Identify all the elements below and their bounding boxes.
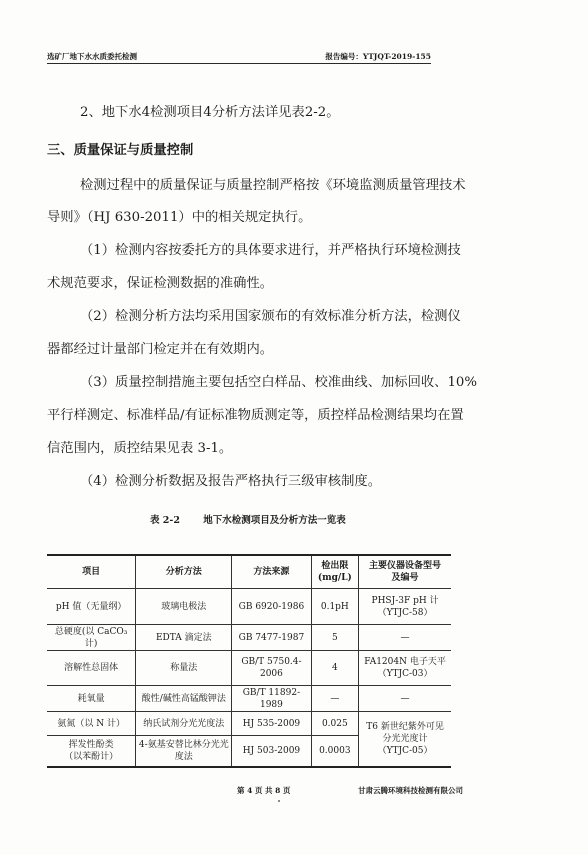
footer-page-number: 第 4 页 共 8 页 [237,785,291,796]
table-row: 溶解性总固体 称量法 GB/T 5750.4-2006 4 FA1204N 电子… [47,651,451,686]
paragraph-qa-line2: 导则》（HJ 630-2011）中的相关规定执行。 [47,210,467,226]
item3-line2: 平行样测定、标准样品/有证标准物质测定等，质控样品检测结果均在置 [47,408,467,424]
header-report-number: 报告编号：YTJQT-2019-155 [325,51,431,62]
cell-source: GB/T 5750.4-2006 [232,651,311,686]
cell-item: 总硬度(以 CaCO₃计) [47,625,136,651]
limit-header-line1: 检出限 [314,560,357,572]
scan-speck [278,800,280,802]
methods-table: 项目 分析方法 方法来源 检出限 (mg/L) 主要仪器设备型号 及编号 pH … [47,554,451,768]
cell-limit: 0.0003 [311,736,359,768]
cell-source: GB 6920-1986 [232,589,311,625]
col-header-source: 方法来源 [232,555,311,589]
header-project-title: 选矿厂地下水水质委托检测 [47,51,137,62]
cell-instrument: FA1204N 电子天平 （YTJC-03） [359,651,451,686]
cell-limit: 0.1pH [311,589,359,625]
cell-item: 耗氧量 [47,686,136,712]
table-caption-number: 表 2-2 [150,515,180,526]
method-line1: 4-氨基安替比林分光光 [138,739,229,751]
instrument-line1: FA1204N 电子天平 [361,656,449,668]
table-header-row: 项目 分析方法 方法来源 检出限 (mg/L) 主要仪器设备型号 及编号 [47,555,451,589]
instrument-header-line1: 主要仪器设备型号 [361,560,449,572]
cell-limit: 5 [311,625,359,651]
cell-method: EDTA 滴定法 [136,625,232,651]
table-row: pH 值（无量纲） 玻璃电极法 GB 6920-1986 0.1pH PHSJ-… [47,589,451,625]
item3-line3: 信范围内，质控结果见表 3-1。 [47,441,467,457]
instrument-header-line2: 及编号 [361,572,449,584]
item3-line1: （3）质量控制措施主要包括空白样品、校准曲线、加标回收、10% [80,375,500,391]
item4-line1: （4）检测分析数据及报告严格执行三级审核制度。 [80,474,500,490]
col-header-limit: 检出限 (mg/L) [311,555,359,589]
item2-line2: 器都经过计量部门检定并在有效期内。 [47,342,467,358]
cell-source: GB 7477-1987 [232,625,311,651]
cell-limit: — [311,686,359,712]
cell-item: 挥发性酚类 （以苯酚计） [47,736,136,768]
footer-company: 甘肃云腾环境科技检测有限公司 [358,785,463,796]
item2-line1: （2）检测分析方法均采用国家颁布的有效标准分析方法，检测仪 [80,309,500,325]
cell-source: HJ 503-2009 [232,736,311,768]
cell-instrument: PHSJ-3F pH 计 （YTJC-58） [359,589,451,625]
col-header-method: 分析方法 [136,555,232,589]
table-row: 氨氮（以 N 计） 纳氏试剂分光光度法 HJ 535-2009 0.025 T6… [47,712,451,736]
instrument-line1: PHSJ-3F pH 计 [361,595,449,607]
table-caption: 表 2-2 地下水检测项目及分析方法一览表 [150,512,346,526]
method-line2: 度法 [138,751,229,763]
col-header-instrument: 主要仪器设备型号 及编号 [359,555,451,589]
cell-instrument: — [359,625,451,651]
item-line1: 挥发性酚类 [49,739,133,751]
section-heading-qa: 三、质量保证与质量控制 [47,143,467,159]
cell-method: 纳氏试剂分光光度法 [136,712,232,736]
cell-source: GB/T 11892-1989 [232,686,311,712]
cell-method: 玻璃电极法 [136,589,232,625]
instrument-line2: （YTJC-03） [361,668,449,680]
paragraph-methods-ref: 2、地下水4检测项目4分析方法详见表2-2。 [80,105,500,121]
table-row: 总硬度(以 CaCO₃计) EDTA 滴定法 GB 7477-1987 5 — [47,625,451,651]
instrument-line3: （YTJC-05） [361,745,449,757]
table-row: 耗氧量 酸性/碱性高锰酸钾法 GB/T 11892-1989 — — [47,686,451,712]
cell-item: 溶解性总固体 [47,651,136,686]
cell-limit: 0.025 [311,712,359,736]
cell-source: HJ 535-2009 [232,712,311,736]
instrument-line1: T6 新世纪紫外可见 [361,721,449,733]
item-line2: （以苯酚计） [49,751,133,763]
item1-line2: 术规范要求，保证检测数据的准确性。 [47,276,467,292]
cell-method: 4-氨基安替比林分光光 度法 [136,736,232,768]
paragraph-qa-line1: 检测过程中的质量保证与质量控制严格按《环境监测质量管理技术 [80,178,500,194]
cell-method: 酸性/碱性高锰酸钾法 [136,686,232,712]
report-page: 选矿厂地下水水质委托检测 报告编号：YTJQT-2019-155 2、地下水4检… [0,0,588,855]
cell-method: 称量法 [136,651,232,686]
cell-instrument-merged: T6 新世纪紫外可见 分光光度计 （YTJC-05） [359,712,451,768]
cell-instrument: — [359,686,451,712]
cell-item: 氨氮（以 N 计） [47,712,136,736]
cell-item: pH 值（无量纲） [47,589,136,625]
page-header: 选矿厂地下水水质委托检测 报告编号：YTJQT-2019-155 [47,51,431,64]
instrument-line2: （YTJC-58） [361,607,449,619]
item1-line1: （1）检测内容按委托方的具体要求进行，并严格执行环境检测技 [80,243,500,259]
table-caption-title: 地下水检测项目及分析方法一览表 [203,515,346,526]
limit-header-line2: (mg/L) [314,572,357,584]
instrument-line2: 分光光度计 [361,733,449,745]
cell-limit: 4 [311,651,359,686]
col-header-item: 项目 [47,555,136,589]
